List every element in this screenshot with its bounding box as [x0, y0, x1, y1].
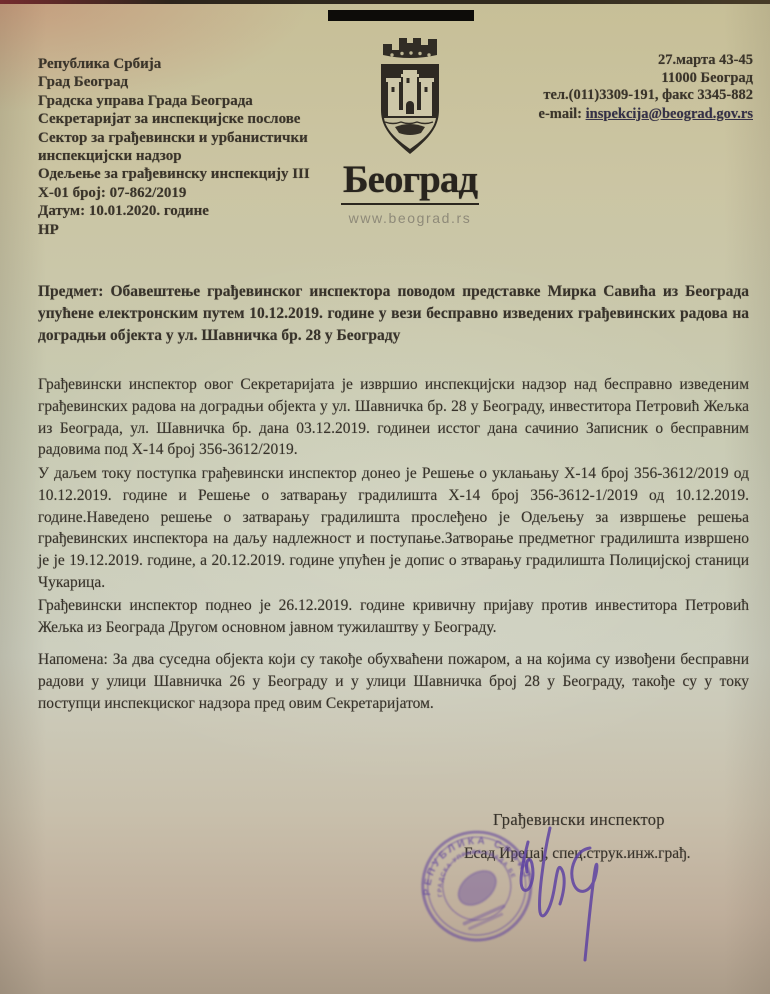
sender-line: Градска управа Града Београда: [38, 92, 338, 110]
body-paragraph-1: Грађевински инспектор овог Секретаријата…: [38, 374, 749, 461]
body-paragraph-3: Грађевински инспектор поднео је 26.12.20…: [38, 595, 749, 639]
sender-line: Датум: 10.01.2020. године: [38, 202, 338, 220]
sender-line: Република Србија: [38, 55, 338, 73]
sender-line: инспекцијски надзор: [38, 147, 338, 165]
sender-line: Сектор за грађевински и урбанистички: [38, 129, 338, 147]
subject-label: Предмет:: [38, 283, 103, 300]
subject-paragraph: Предмет: Обавештење грађевинског инспект…: [38, 281, 749, 346]
scan-top-edge: [0, 0, 770, 4]
sender-line: Град Београд: [38, 73, 338, 91]
subject-text: Обавештење грађевинског инспектора повод…: [38, 283, 749, 344]
body-paragraph-2: У даљем току поступка грађевински инспек…: [38, 463, 749, 594]
sender-block: Република Србија Град Београд Градска уп…: [38, 55, 338, 239]
sender-line: Секретаријат за инспекцијске послове: [38, 110, 338, 128]
logo-website: www.beograd.rs: [330, 210, 490, 226]
redaction-bar: [328, 10, 474, 21]
logo-wordmark: Београд: [341, 160, 479, 205]
sender-line: Х-01 број: 07-862/2019: [38, 184, 338, 202]
sender-line: Одељење за грађевинску инспекцију III: [38, 165, 338, 183]
contact-phone-line: тел.(011)3309-191, факс 3345-882: [493, 87, 753, 105]
belgrade-coat-of-arms-icon: [375, 30, 445, 158]
contact-block: 27.марта 43-45 11000 Београд тел.(011)33…: [493, 52, 753, 123]
handwritten-signature: [498, 820, 608, 965]
scanned-letter-document: Република Србија Град Београд Градска уп…: [0, 0, 770, 994]
contact-email-line: e-mail: inspekcija@beograd.gov.rs: [493, 106, 753, 124]
contact-city-line: 11000 Београд: [493, 70, 753, 88]
city-logo: Београд www.beograd.rs: [330, 30, 490, 226]
contact-address-line: 27.марта 43-45: [493, 52, 753, 70]
email-label: e-mail:: [539, 106, 582, 122]
sender-line: НР: [38, 221, 338, 239]
email-address: inspekcija@beograd.gov.rs: [586, 106, 753, 122]
body-paragraph-4: Напомена: За два суседна објекта који су…: [38, 649, 749, 714]
